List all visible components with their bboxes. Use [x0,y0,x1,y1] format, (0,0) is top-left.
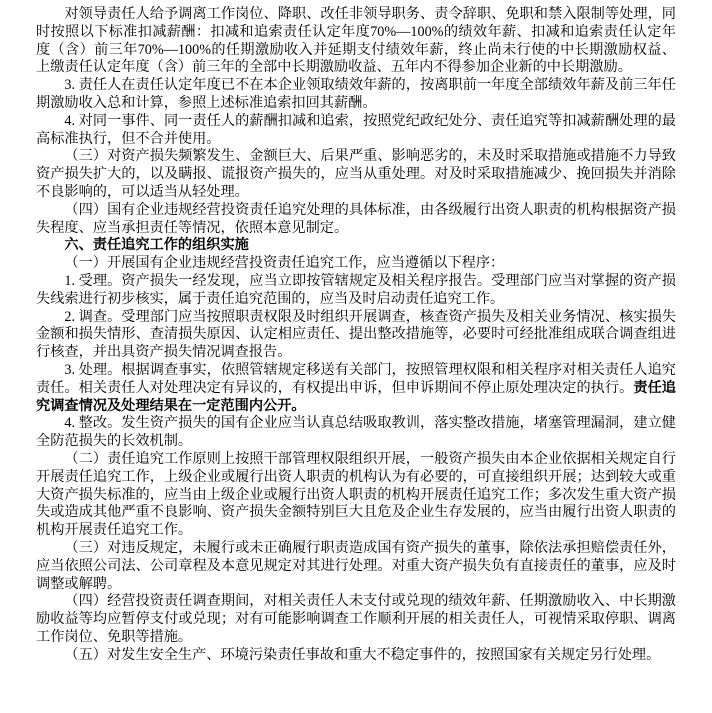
paragraph-clause-4-specific-standards: （四）国有企业违规经营投资责任追究处理的具体标准，由各级履行出资人职责的机构根据… [36,202,676,238]
paragraph-step-2-investigation: 2. 调查。受理部门应当按照职责权限及时组织开展调查，核查资产损失及相关业务情况… [36,309,676,362]
paragraph-item-4-same-event: 4. 对同一事件、同一责任人的薪酬扣减和追索，按照党纪政纪处分、责任追究等扣减薪… [36,113,676,149]
paragraph-clause-2-authority-levels: （二）责任追究工作原则上按照干部管理权限组织开展，一般资产损失由本企业依据相关规… [36,451,676,540]
paragraph-clause-3-aggravated-handling: （三）对资产损失频繁发生、金额巨大、后果严重、影响恶劣的，未及时采取措施或措施不… [36,148,676,201]
paragraph-step-4-rectification: 4. 整改。发生资产损失的国有企业应当认真总结吸取教训，落实整改措施，堵塞管理漏… [36,415,676,451]
paragraph-item-3-left-company: 3. 责任人在责任认定年度已不在本企业领取绩效年薪的，按离职前一年度全部绩效年薪… [36,77,676,113]
paragraph-step-3-handling: 3. 处理。根据调查事实，依照管辖规定移送有关部门，按照管理权限和相关程序对相关… [36,362,676,415]
step-3-handling-regular-text: 3. 处理。根据调查事实，依照管辖规定移送有关部门，按照管理权限和相关程序对相关… [36,362,676,396]
paragraph-clause-4-investigation-period: （四）经营投资责任调查期间，对相关责任人未支付或兑现的绩效年薪、任期激励收入、中… [36,593,676,646]
paragraph-clause-1-procedures: （一）开展国有企业违规经营投资责任追究工作，应当遵循以下程序： [36,255,676,273]
paragraph-clause-3-directors: （三）对违反规定，未履行或未正确履行职责造成国有资产损失的董事，除依法承担赔偿责… [36,540,676,593]
paragraph-step-1-acceptance: 1. 受理。资产损失一经发现，应当立即按管辖规定及相关程序报告。受理部门应当对掌… [36,273,676,309]
section-heading-six-organization: 六、责任追究工作的组织实施 [36,237,676,255]
paragraph-salary-deduction-continuation: 对领导责任人给予调离工作岗位、降职、改任非领导职务、责令辞职、免职和禁入限制等处… [36,6,676,77]
paragraph-clause-5-safety-incidents: （五）对发生安全生产、环境污染责任事故和重大不稳定事件的，按照国家有关规定另行处… [36,647,676,665]
document-page: 对领导责任人给予调离工作岗位、降职、改任非领导职务、责令辞职、免职和禁入限制等处… [0,0,712,713]
